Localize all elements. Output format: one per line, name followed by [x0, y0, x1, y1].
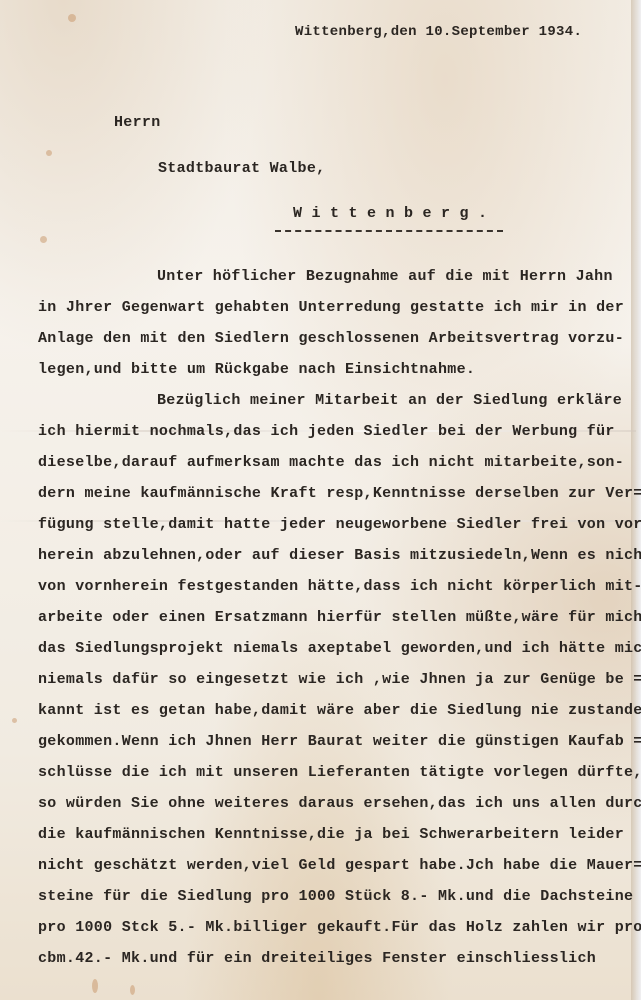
body-line: niemals dafür so eingesetzt wie ich ,wie… [38, 671, 641, 689]
body-line: ich hiermit nochmals,das ich jeden Siedl… [38, 423, 615, 441]
body-line: von vornherein festgestanden hätte,dass … [38, 578, 641, 596]
body-line: dieselbe,darauf aufmerksam machte das ic… [38, 454, 624, 472]
stain [12, 718, 17, 723]
salutation: Herrn [114, 114, 161, 132]
body-line: Unter höflicher Bezugnahme auf die mit H… [157, 268, 613, 286]
body-line: cbm.42.- Mk.und für ein dreiteiliges Fen… [38, 950, 596, 968]
dateline: Wittenberg,den 10.September 1934. [295, 23, 582, 41]
body-line: so würden Sie ohne weiteres daraus erseh… [38, 795, 641, 813]
body-line: legen,und bitte um Rückgabe nach Einsich… [38, 361, 475, 379]
body-line: steine für die Siedlung pro 1000 Stück 8… [38, 888, 633, 906]
body-line: schlüsse die ich mit unseren Lieferanten… [38, 764, 641, 782]
stain [68, 14, 76, 22]
body-line: arbeite oder einen Ersatzmann hierfür st… [38, 609, 641, 627]
body-line: Bezüglich meiner Mitarbeit an der Siedlu… [157, 392, 622, 410]
city-underline [275, 230, 503, 232]
body-line: in Jhrer Gegenwart gehabten Unterredung … [38, 299, 624, 317]
body-line: fügung stelle,damit hatte jeder neugewor… [38, 516, 641, 534]
body-line: pro 1000 Stck 5.- Mk.billiger gekauft.Fü… [38, 919, 641, 937]
city: Wittenberg. [293, 205, 497, 223]
body-line: gekommen.Wenn ich Jhnen Herr Baurat weit… [38, 733, 641, 751]
body-line: dern meine kaufmännische Kraft resp,Kenn… [38, 485, 641, 503]
body-line: kannt ist es getan habe,damit wäre aber … [38, 702, 641, 720]
body-line: Anlage den mit den Siedlern geschlossene… [38, 330, 624, 348]
body-line: die kaufmännischen Kenntnisse,die ja bei… [38, 826, 624, 844]
stain [46, 150, 52, 156]
body-line: herein abzulehnen,oder auf dieser Basis … [38, 547, 641, 565]
stain [40, 236, 47, 243]
body-line: das Siedlungsprojekt niemals axeptabel g… [38, 640, 641, 658]
stain [130, 985, 135, 995]
stain [92, 979, 98, 993]
body-line: nicht geschätzt werden,viel Geld gespart… [38, 857, 641, 875]
recipient: Stadtbaurat Walbe, [158, 160, 325, 178]
